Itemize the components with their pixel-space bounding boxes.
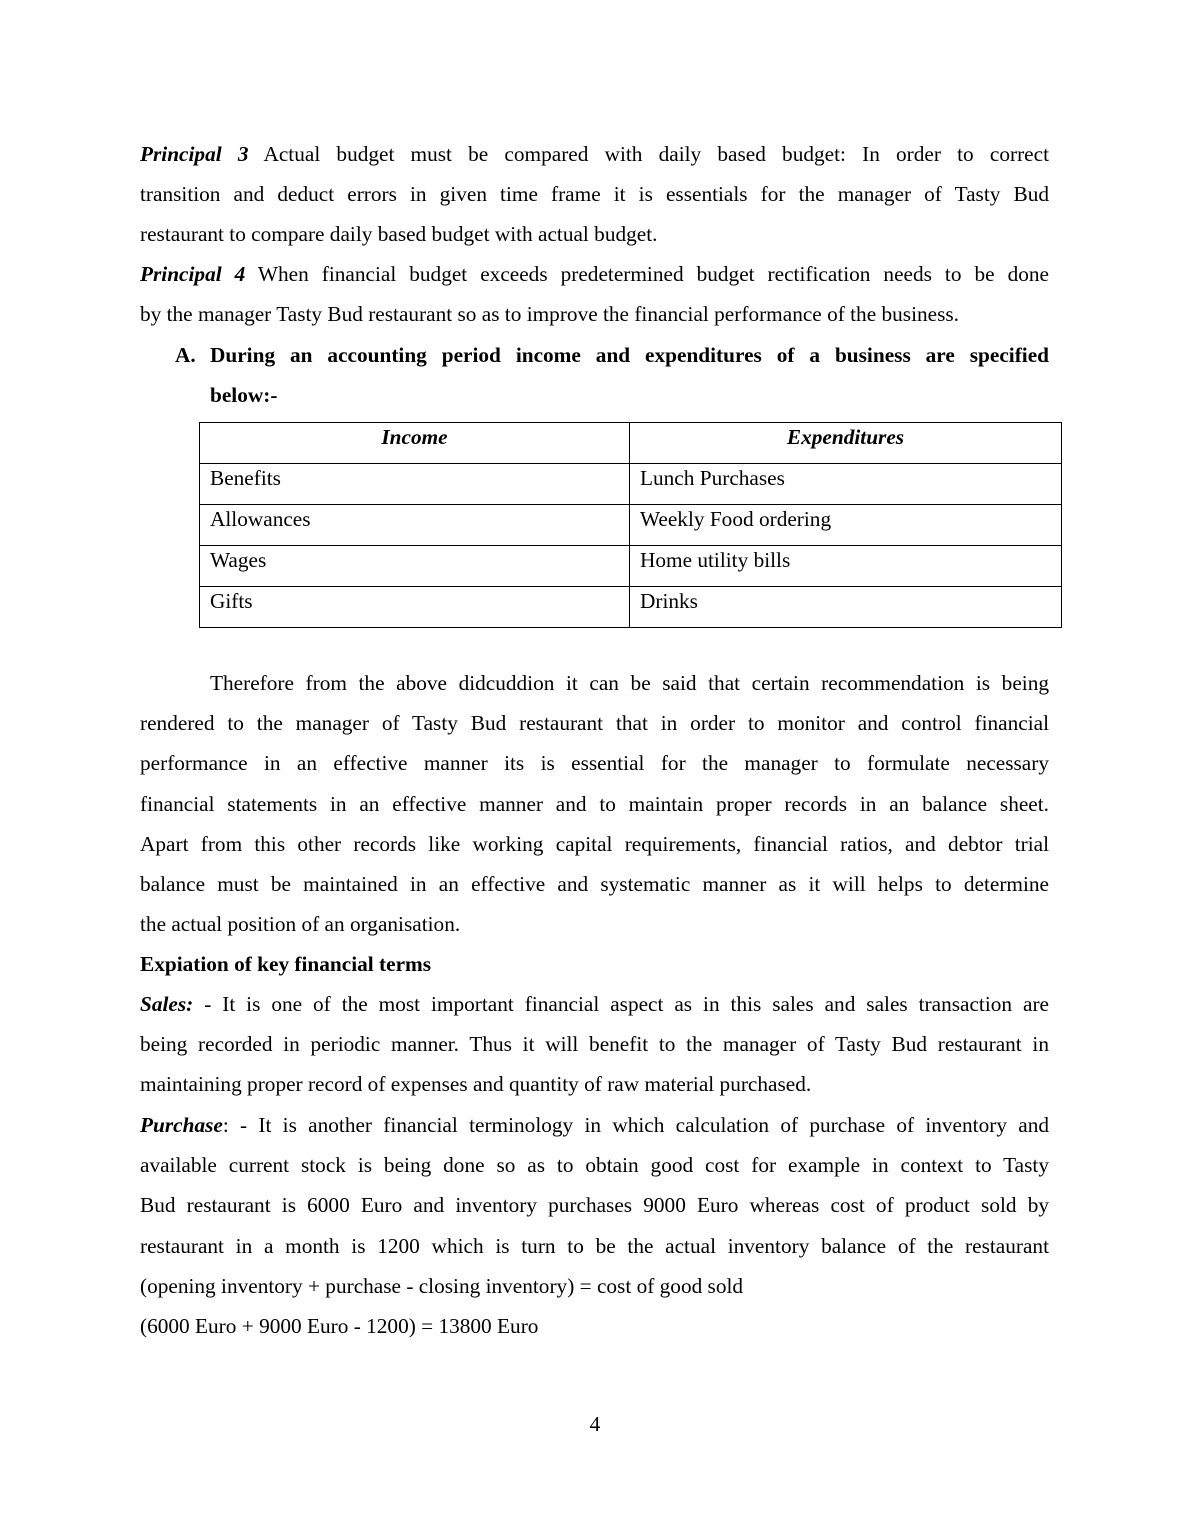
page-number: 4 — [0, 1412, 1190, 1437]
expenditure-cell: Lunch Purchases — [630, 464, 1062, 505]
paragraph-line: Principal 4 When financial budget exceed… — [140, 254, 1049, 294]
expenditure-cell: Weekly Food ordering — [630, 505, 1062, 546]
column-header-income: Income — [200, 423, 630, 464]
income-cell: Gifts — [200, 587, 630, 628]
expenditure-cell: Drinks — [630, 587, 1062, 628]
list-marker: A. — [175, 335, 196, 375]
paragraph-line: performance in an effective manner its i… — [140, 743, 1049, 783]
section-heading: Expiation of key financial terms — [140, 944, 1049, 984]
table-header-row: Income Expenditures — [200, 423, 1062, 464]
principal-4-label: Principal 4 — [140, 262, 245, 286]
expenditure-cell: Home utility bills — [630, 546, 1062, 587]
terms-heading-block: Expiation of key financial terms — [140, 944, 1049, 984]
table-row: AllowancesWeekly Food ordering — [200, 505, 1062, 546]
paragraph-line: available current stock is being done so… — [140, 1145, 1049, 1185]
income-expenditure-table: Income Expenditures BenefitsLunch Purcha… — [199, 422, 1062, 628]
income-cell: Allowances — [200, 505, 630, 546]
formula-line: (opening inventory + purchase - closing … — [140, 1266, 1049, 1306]
purchase-paragraph: Purchase: - It is another financial term… — [140, 1105, 1049, 1346]
sales-paragraph: Sales: - It is one of the most important… — [140, 984, 1049, 1105]
paragraph-line: financial statements in an effective man… — [140, 784, 1049, 824]
table-row: BenefitsLunch Purchases — [200, 464, 1062, 505]
column-header-expenditures: Expenditures — [630, 423, 1062, 464]
paragraph-line: balance must be maintained in an effecti… — [140, 864, 1049, 904]
paragraph-line: by the manager Tasty Bud restaurant so a… — [140, 294, 1049, 334]
paragraph-line: rendered to the manager of Tasty Bud res… — [140, 703, 1049, 743]
income-cell: Benefits — [200, 464, 630, 505]
list-item-text: During an accounting period income and e… — [210, 335, 1049, 415]
paragraph-line: Sales: - It is one of the most important… — [140, 984, 1049, 1024]
paragraph-line: the actual position of an organisation. — [140, 904, 1049, 944]
conclusion-paragraph: Therefore from the above didcuddion it c… — [140, 663, 1049, 944]
paragraph-line: Bud restaurant is 6000 Euro and inventor… — [140, 1185, 1049, 1225]
table-row: WagesHome utility bills — [200, 546, 1062, 587]
paragraph-line: restaurant in a month is 1200 which is t… — [140, 1226, 1049, 1266]
sales-label: Sales: — [140, 992, 193, 1016]
paragraph-line: restaurant to compare daily based budget… — [140, 214, 1049, 254]
paragraph-line: Therefore from the above didcuddion it c… — [140, 663, 1049, 703]
paragraph-line: Apart from this other records like worki… — [140, 824, 1049, 864]
paragraph-line: Principal 3 Actual budget must be compar… — [140, 134, 1049, 174]
principal-4-paragraph: Principal 4 When financial budget exceed… — [140, 254, 1049, 334]
paragraph-line: Purchase: - It is another financial term… — [140, 1105, 1049, 1145]
income-cell: Wages — [200, 546, 630, 587]
paragraph-line: maintaining proper record of expenses an… — [140, 1064, 1049, 1104]
calculation-line: (6000 Euro + 9000 Euro - 1200) = 13800 E… — [140, 1306, 1049, 1346]
paragraph-line: being recorded in periodic manner. Thus … — [140, 1024, 1049, 1064]
table-row: GiftsDrinks — [200, 587, 1062, 628]
principal-3-label: Principal 3 — [140, 142, 248, 166]
document-page: Principal 3 Actual budget must be compar… — [0, 0, 1190, 1540]
principal-3-paragraph: Principal 3 Actual budget must be compar… — [140, 134, 1049, 255]
paragraph-line: transition and deduct errors in given ti… — [140, 174, 1049, 214]
purchase-label: Purchase — [140, 1113, 223, 1137]
